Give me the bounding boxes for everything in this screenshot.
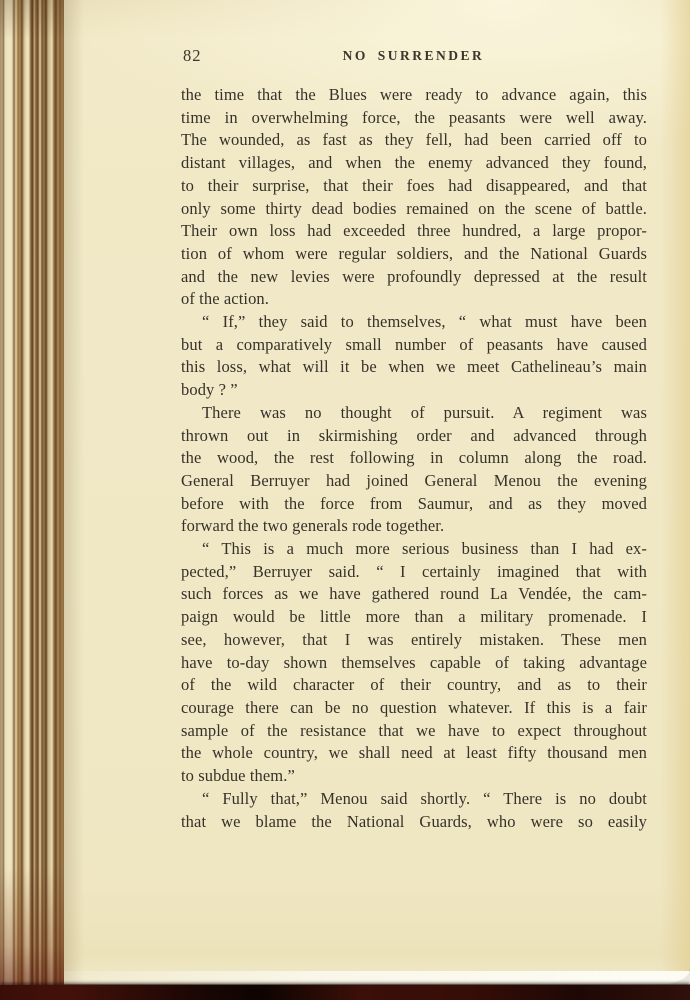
paragraph: “ Fully that,” Menou said shortly. “ The… xyxy=(181,788,647,833)
text-line: “ If,” they said to themselves, “ what m… xyxy=(181,311,647,334)
text-line: to subdue them.” xyxy=(181,765,647,788)
text-line: this loss, what will it be when we meet … xyxy=(181,356,647,379)
paragraph: There was no thought of pursuit. A regim… xyxy=(181,402,647,538)
text-line: of the action. xyxy=(181,288,647,311)
text-line: thrown out in skirmishing order and adva… xyxy=(181,425,647,448)
paragraph: “ This is a much more serious business t… xyxy=(181,538,647,788)
text-line: distant villages, and when the enemy adv… xyxy=(181,152,647,175)
page-header: 82 NO SURRENDER xyxy=(181,46,646,66)
book-cover-edge xyxy=(0,985,690,1000)
book-scan: 82 NO SURRENDER the time that the Blues … xyxy=(0,0,690,1000)
text-line: but a comparatively small number of peas… xyxy=(181,334,647,357)
text-line: of the wild character of their country, … xyxy=(181,674,647,697)
text-line: forward the two generals rode together. xyxy=(181,515,647,538)
page-body: the time that the Blues were ready to ad… xyxy=(181,84,647,833)
text-line: such forces as we have gathered round La… xyxy=(181,583,647,606)
text-line: to their surprise, that their foes had d… xyxy=(181,175,647,198)
text-line: The wounded, as fast as they fell, had b… xyxy=(181,129,647,152)
text-line: see, however, that I was entirely mistak… xyxy=(181,629,647,652)
text-line: have to-day shown themselves capable of … xyxy=(181,652,647,675)
text-line: General Berruyer had joined General Meno… xyxy=(181,470,647,493)
text-line: “ This is a much more serious business t… xyxy=(181,538,647,561)
text-line: pected,” Berruyer said. “ I certainly im… xyxy=(181,561,647,584)
text-line: the time that the Blues were ready to ad… xyxy=(181,84,647,107)
paragraph: the time that the Blues were ready to ad… xyxy=(181,84,647,311)
text-line: and the new levies were profoundly depre… xyxy=(181,266,647,289)
text-line: courage there can be no question whateve… xyxy=(181,697,647,720)
text-line: Their own loss had exceeded three hundre… xyxy=(181,220,647,243)
text-line: “ Fully that,” Menou said shortly. “ The… xyxy=(181,788,647,811)
book-page: 82 NO SURRENDER the time that the Blues … xyxy=(64,0,690,985)
book-page-edges xyxy=(0,0,64,985)
text-line: the whole country, we shall need at leas… xyxy=(181,742,647,765)
running-title: NO SURRENDER xyxy=(181,48,646,64)
paragraph: “ If,” they said to themselves, “ what m… xyxy=(181,311,647,402)
text-line: that we blame the National Guards, who w… xyxy=(181,811,647,834)
text-line: paign would be little more than a milita… xyxy=(181,606,647,629)
text-line: the wood, the rest following in column a… xyxy=(181,447,647,470)
text-line: body ? ” xyxy=(181,379,647,402)
text-line: only some thirty dead bodies remained on… xyxy=(181,198,647,221)
text-line: tion of whom were regular soldiers, and … xyxy=(181,243,647,266)
text-line: sample of the resistance that we have to… xyxy=(181,720,647,743)
text-line: time in overwhelming force, the peasants… xyxy=(181,107,647,130)
text-line: There was no thought of pursuit. A regim… xyxy=(181,402,647,425)
text-line: before with the force from Saumur, and a… xyxy=(181,493,647,516)
